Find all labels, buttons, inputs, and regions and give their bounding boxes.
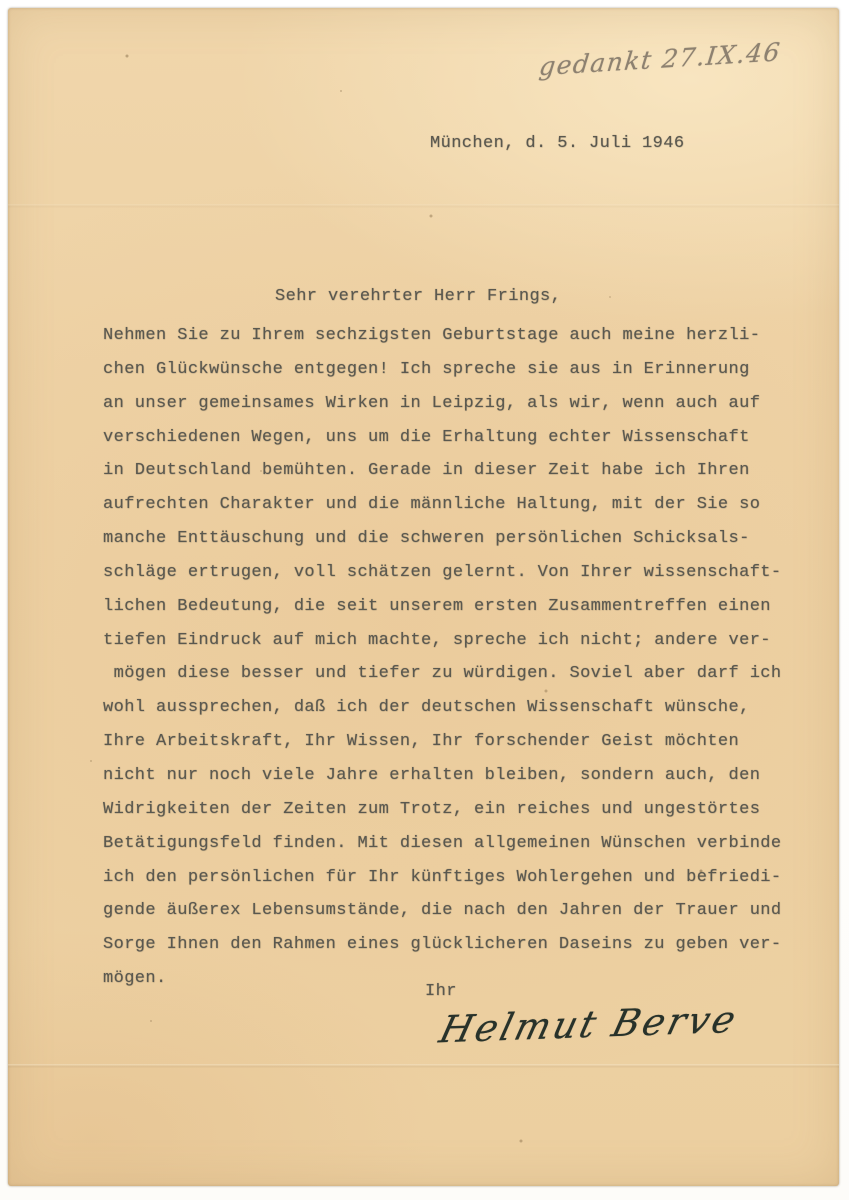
body-line: mögen diese besser und tiefer zu würdige… — [103, 657, 803, 691]
body-line: verschiedenen Wegen, uns um die Erhaltun… — [103, 421, 803, 455]
body-line: Betätigungsfeld finden. Mit diesen allge… — [103, 827, 803, 861]
salutation: Sehr verehrter Herr Frings, — [275, 287, 561, 306]
paper-crease — [8, 204, 839, 208]
body-line: chen Glückwünsche entgegen! Ich spreche … — [103, 353, 803, 387]
body-line: nicht nur noch viele Jahre erhalten blei… — [103, 759, 803, 793]
paper-specks — [8, 8, 10, 10]
body-line: Widrigkeiten der Zeiten zum Trotz, ein r… — [103, 793, 803, 827]
signature-helmut-berve: Helmut Berve — [435, 998, 743, 1052]
body-line: schläge ertrugen, voll schätzen gelernt.… — [103, 556, 803, 590]
scan-background: gedankt 27.IX.46 München, d. 5. Juli 194… — [0, 0, 849, 1200]
body-line: in Deutschland bemühten. Gerade in diese… — [103, 454, 803, 488]
body-line: wohl aussprechen, daß ich der deutschen … — [103, 691, 803, 725]
body-line: an unser gemeinsames Wirken in Leipzig, … — [103, 387, 803, 421]
body-line: manche Enttäuschung und die schweren per… — [103, 522, 803, 556]
body-line: ich den persönlichen für Ihr künftiges W… — [103, 861, 803, 895]
paper-crease — [8, 1064, 839, 1068]
closing-ihr: Ihr — [425, 982, 457, 1001]
body-line: Sorge Ihnen den Rahmen eines glücklicher… — [103, 928, 803, 962]
body-line: lichen Bedeutung, die seit unserem erste… — [103, 590, 803, 624]
archival-pencil-annotation: gedankt 27.IX.46 — [538, 37, 783, 81]
letter-body: Nehmen Sie zu Ihrem sechzigsten Geburtst… — [103, 319, 803, 996]
body-line: aufrechten Charakter und die männliche H… — [103, 488, 803, 522]
letter-page: gedankt 27.IX.46 München, d. 5. Juli 194… — [8, 8, 839, 1186]
body-line: gende äußerex Lebensumstände, die nach d… — [103, 894, 803, 928]
body-line: tiefen Eindruck auf mich machte, spreche… — [103, 624, 803, 658]
body-line: Nehmen Sie zu Ihrem sechzigsten Geburtst… — [103, 319, 803, 353]
dateline: München, d. 5. Juli 1946 — [430, 134, 684, 153]
body-line: Ihre Arbeitskraft, Ihr Wissen, Ihr forsc… — [103, 725, 803, 759]
